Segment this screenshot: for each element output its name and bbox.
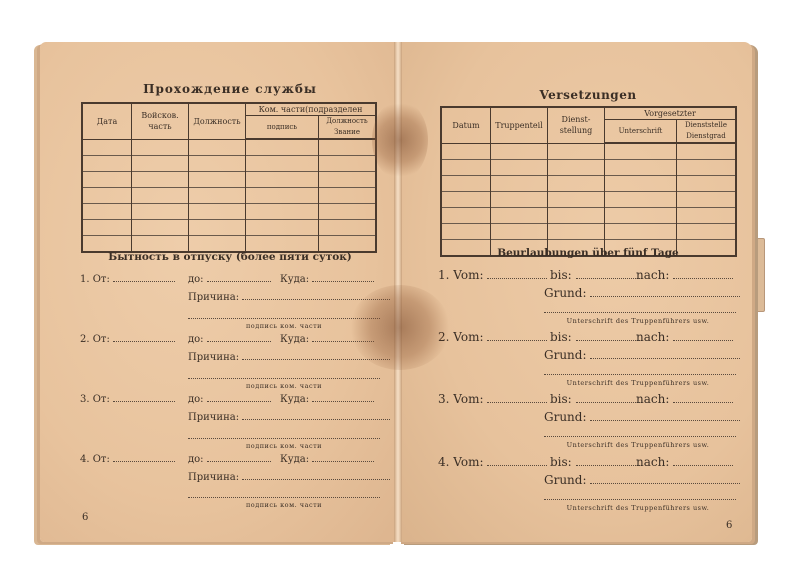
stain-top xyxy=(372,100,428,180)
reason-label: Причина: xyxy=(188,352,239,363)
signature-line[interactable] xyxy=(544,499,736,500)
table-row[interactable] xyxy=(441,160,736,176)
col-position: Должность xyxy=(189,103,246,139)
stain-middle xyxy=(350,285,450,370)
to-label: bis: xyxy=(550,330,572,344)
table-row[interactable] xyxy=(441,208,736,224)
from-field[interactable] xyxy=(113,280,175,282)
signature-caption: подпись ком. части xyxy=(188,382,380,390)
to-field[interactable] xyxy=(207,340,271,342)
signature-caption: подпись ком. части xyxy=(188,501,380,509)
reason-label: Grund: xyxy=(544,410,587,424)
where-field[interactable] xyxy=(312,280,374,282)
to-field[interactable] xyxy=(576,464,642,466)
entry-number: 3. xyxy=(80,394,90,405)
where-label: Куда: xyxy=(280,454,309,465)
reason-label: Grund: xyxy=(544,348,587,362)
to-field[interactable] xyxy=(576,401,642,403)
signature-line[interactable] xyxy=(544,436,736,437)
from-field[interactable] xyxy=(487,277,547,279)
from-field[interactable] xyxy=(487,339,547,341)
entry-number: 2. xyxy=(80,334,90,345)
from-label: Vom: xyxy=(453,392,483,406)
table-row[interactable] xyxy=(82,204,376,220)
col-dienststellung: Dienst-stellung xyxy=(548,107,605,143)
table-row[interactable] xyxy=(82,156,376,172)
table-row[interactable] xyxy=(82,188,376,204)
left-page: Прохождение службы Дата Войсков. часть Д… xyxy=(40,42,396,542)
from-field[interactable] xyxy=(113,400,175,402)
from-field[interactable] xyxy=(487,401,547,403)
signature-line[interactable] xyxy=(188,497,380,498)
col-truppenteil: Truppenteil xyxy=(491,107,548,143)
from-label: Vom: xyxy=(453,330,483,344)
col-unit: Войсков. часть xyxy=(132,103,189,139)
reason-field[interactable] xyxy=(590,357,740,359)
where-field[interactable] xyxy=(312,400,374,402)
page-number: 6 xyxy=(82,512,88,523)
where-field[interactable] xyxy=(312,460,374,462)
from-label: От: xyxy=(93,334,110,345)
col-group-vorgesetzter: Vorgesetzter xyxy=(605,107,737,120)
signature-caption: подпись ком. части xyxy=(188,442,380,450)
table-row[interactable] xyxy=(82,139,376,156)
signature-caption: Unterschrift des Truppenführers usw. xyxy=(538,504,738,512)
table-row[interactable] xyxy=(441,192,736,208)
from-label: Vom: xyxy=(453,455,483,469)
where-label: nach: xyxy=(636,268,669,282)
page-number: 6 xyxy=(726,520,732,531)
table-row[interactable] xyxy=(82,220,376,236)
where-label: Куда: xyxy=(280,334,309,345)
col-dienstgrad: Dienststelle Dienstgrad xyxy=(677,120,737,144)
reason-label: Причина: xyxy=(188,292,239,303)
to-label: до: xyxy=(188,334,204,345)
page-tab xyxy=(752,238,765,312)
reason-label: Grund: xyxy=(544,286,587,300)
from-field[interactable] xyxy=(113,460,175,462)
service-record-title: Прохождение службы xyxy=(80,82,380,96)
to-label: до: xyxy=(188,454,204,465)
where-field[interactable] xyxy=(673,339,733,341)
signature-line[interactable] xyxy=(544,374,736,375)
table-row[interactable] xyxy=(441,224,736,240)
to-label: до: xyxy=(188,394,204,405)
reason-field[interactable] xyxy=(590,295,740,297)
from-label: От: xyxy=(93,274,110,285)
col-group-commander: Ком. части(подразделен xyxy=(246,103,377,116)
col-signature: подпись xyxy=(246,116,319,140)
signature-line[interactable] xyxy=(544,312,736,313)
right-page: Versetzungen Datum Truppenteil Dienst-st… xyxy=(398,42,752,542)
reason-label: Причина: xyxy=(188,472,239,483)
where-label: nach: xyxy=(636,455,669,469)
col-datum: Datum xyxy=(441,107,491,143)
where-label: nach: xyxy=(636,330,669,344)
from-label: От: xyxy=(93,454,110,465)
reason-label: Grund: xyxy=(544,473,587,487)
reason-field[interactable] xyxy=(590,419,740,421)
open-booklet: Прохождение службы Дата Войсков. часть Д… xyxy=(0,0,800,581)
reason-field[interactable] xyxy=(242,478,390,480)
to-label: bis: xyxy=(550,268,572,282)
to-field[interactable] xyxy=(576,339,642,341)
entry-number: 1. xyxy=(438,268,449,282)
entry-number: 3. xyxy=(438,392,449,406)
where-field[interactable] xyxy=(673,401,733,403)
leave-section-title: Beurlaubungen über fünf Tage xyxy=(438,247,738,259)
table-row[interactable] xyxy=(441,176,736,192)
service-record-table: Дата Войсков. часть Должность Ком. части… xyxy=(81,102,377,253)
signature-line[interactable] xyxy=(188,378,380,379)
reason-field[interactable] xyxy=(590,482,740,484)
signature-line[interactable] xyxy=(188,438,380,439)
entry-number: 1. xyxy=(80,274,90,285)
where-field[interactable] xyxy=(673,464,733,466)
signature-caption: Unterschrift des Truppenführers usw. xyxy=(538,441,738,449)
to-label: bis: xyxy=(550,392,572,406)
where-field[interactable] xyxy=(673,277,733,279)
where-label: Куда: xyxy=(280,394,309,405)
reason-field[interactable] xyxy=(242,418,390,420)
table-row[interactable] xyxy=(82,172,376,188)
from-label: Vom: xyxy=(453,268,483,282)
table-row[interactable] xyxy=(82,236,376,253)
from-field[interactable] xyxy=(113,340,175,342)
from-field[interactable] xyxy=(487,464,547,466)
transfers-table: Datum Truppenteil Dienst-stellung Vorges… xyxy=(440,106,737,257)
table-row[interactable] xyxy=(441,143,736,160)
col-date: Дата xyxy=(82,103,132,139)
to-label: до: xyxy=(188,274,204,285)
reason-label: Причина: xyxy=(188,412,239,423)
col-unterschrift: Unterschrift xyxy=(605,120,677,144)
col-rank: Должность Звание xyxy=(319,116,377,140)
transfers-title: Versetzungen xyxy=(438,88,738,102)
leave-section-title: Бытность в отпуску (более пяти суток) xyxy=(80,251,380,263)
to-field[interactable] xyxy=(207,280,271,282)
to-label: bis: xyxy=(550,455,572,469)
entry-number: 4. xyxy=(80,454,90,465)
to-field[interactable] xyxy=(207,460,271,462)
to-field[interactable] xyxy=(207,400,271,402)
entry-number: 4. xyxy=(438,455,449,469)
to-field[interactable] xyxy=(576,277,642,279)
where-label: Куда: xyxy=(280,274,309,285)
from-label: От: xyxy=(93,394,110,405)
where-label: nach: xyxy=(636,392,669,406)
signature-caption: Unterschrift des Truppenführers usw. xyxy=(538,379,738,387)
signature-caption: Unterschrift des Truppenführers usw. xyxy=(538,317,738,325)
